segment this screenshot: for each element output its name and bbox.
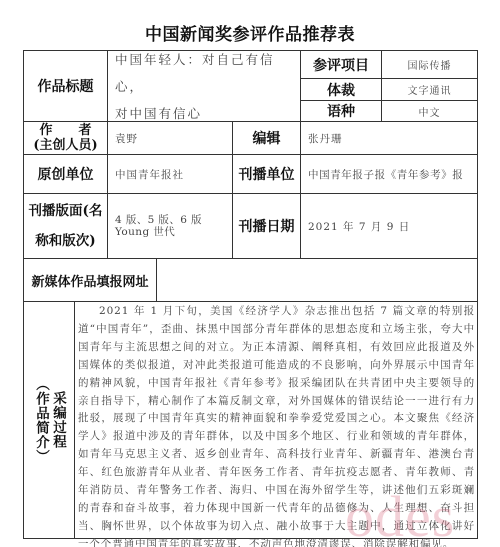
language-label-text: 语种	[327, 101, 355, 121]
publishing-unit-value: 中国青年报子报《青年参考》报	[300, 154, 478, 194]
document-title: 中国新闻奖参评作品推荐表	[0, 20, 500, 45]
new-media-url-value[interactable]	[156, 258, 478, 302]
genre-value: 文字通讯	[381, 78, 478, 101]
author-label-line-1: 作 者	[39, 123, 91, 138]
new-media-url-label: 新媒体作品填报网址	[23, 258, 157, 302]
work-title-label: 作品标题	[23, 50, 108, 122]
new-media-url-label-text: 新媒体作品填报网址	[31, 271, 148, 290]
publishing-page-label: 刊播版面(名 称和版次)	[23, 193, 108, 259]
work-title-line-1: 中国年轻人：对自己有信心，	[115, 46, 300, 100]
genre-label-text: 体裁	[327, 80, 355, 100]
author-value: 袁野	[107, 121, 233, 155]
author-label: 作 者 (主创人员)	[23, 121, 108, 155]
original-unit-value: 中国青年报社	[107, 154, 233, 194]
original-unit-label: 原创单位	[23, 154, 108, 194]
editor-label: 编辑	[232, 121, 301, 155]
category-label: 参评项目	[300, 50, 382, 79]
genre-value-text: 文字通讯	[408, 82, 452, 97]
publishing-unit-value-text: 中国青年报子报《青年参考》报	[308, 167, 463, 182]
category-value: 国际传播	[381, 50, 478, 79]
editor-label-text: 编辑	[253, 128, 281, 148]
work-title-label-text: 作品标题	[38, 76, 94, 96]
publishing-unit-label-text: 刊播单位	[239, 164, 295, 184]
publishing-page-label-line-1: 刊播版面(名	[29, 196, 103, 226]
publishing-date-value-text: 2021 年 7 月 9 日	[308, 219, 410, 234]
publishing-date-label: 刊播日期	[232, 193, 301, 259]
genre-label: 体裁	[300, 78, 382, 101]
publishing-date-label-text: 刊播日期	[239, 216, 295, 236]
category-label-text: 参评项目	[313, 55, 369, 75]
process-label-col-2: （作品简介）	[33, 377, 48, 464]
work-title-value: 中国年轻人：对自己有信心， 对中国有信心	[107, 50, 301, 122]
editor-value-text: 张丹珊	[308, 131, 343, 146]
process-label: （作品简介） 采编过程	[23, 301, 75, 539]
publishing-date-value: 2021 年 7 月 9 日	[300, 193, 478, 259]
publishing-page-label-line-2: 称和版次)	[35, 226, 95, 256]
publishing-unit-label: 刊播单位	[232, 154, 301, 194]
editor-value: 张丹珊	[300, 121, 478, 155]
original-unit-label-text: 原创单位	[38, 164, 94, 184]
author-label-line-2: (主创人员)	[33, 138, 97, 153]
language-value-text: 中文	[419, 104, 441, 119]
author-value-text: 袁野	[115, 131, 138, 146]
process-label-col-1: 采编过程	[50, 391, 65, 449]
language-label: 语种	[300, 100, 382, 122]
publishing-page-value: 4 版、5 版、6 版 Young 世代	[107, 193, 233, 259]
process-text: 2021 年 1 月下旬，美国《经济学人》杂志推出包括 7 篇文章的特别报道“中…	[78, 303, 475, 547]
category-value-text: 国际传播	[408, 57, 452, 72]
original-unit-value-text: 中国青年报社	[115, 167, 184, 182]
publishing-page-value-text: 4 版、5 版、6 版 Young 世代	[115, 214, 228, 238]
language-value: 中文	[381, 100, 478, 122]
